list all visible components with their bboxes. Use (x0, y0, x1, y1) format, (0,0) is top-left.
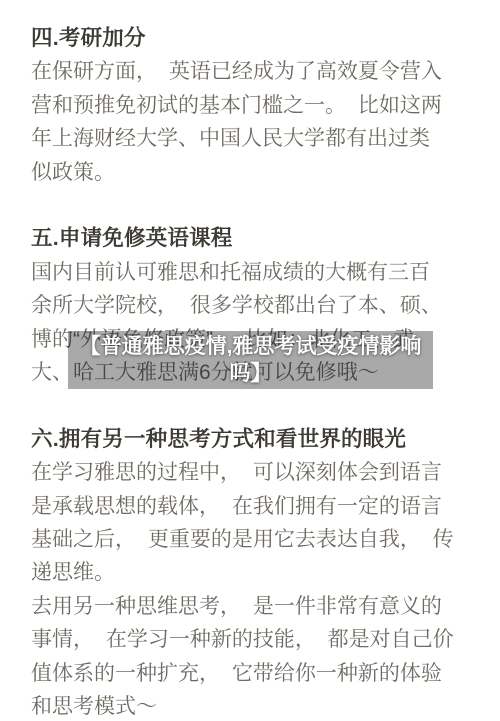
text-line: 在学习雅思的过程中， 可以深刻体会到语言 (31, 456, 471, 489)
paragraph: 去用另一种思维思考， 是一件非常有意义的 事情， 在学习一种新的技能， 都是对自… (31, 590, 471, 721)
article-page: 四.考研加分 在保研方面， 英语已经成为了高效夏令营入 营和预推免初试的基本门槛… (0, 0, 500, 721)
text-line: 是承载思想的载体， 在我们拥有一定的语言 (31, 490, 471, 523)
section-kaoyan-bonus: 四.考研加分 在保研方面， 英语已经成为了高效夏令营入 营和预推免初试的基本门槛… (31, 22, 471, 189)
text-line: 去用另一种思维思考， 是一件非常有意义的 (31, 590, 471, 623)
text-line: 递思维。 (31, 556, 471, 589)
text-line: 营和预推免初试的基本门槛之一。 比如这两 (31, 89, 471, 122)
text-line: 在保研方面， 英语已经成为了高效夏令营入 (31, 55, 471, 88)
text-line: 国内目前认可雅思和托福成绩的大概有三百 (31, 256, 471, 289)
section-heading: 四.考研加分 (31, 22, 471, 55)
text-line: 事情， 在学习一种新的技能， 都是对自己价 (31, 623, 471, 656)
paragraph: 在保研方面， 英语已经成为了高效夏令营入 营和预推免初试的基本门槛之一。 比如这… (31, 55, 471, 189)
watermark-overlay-text: 【普通雅思疫情,雅思考试受疫情影响吗】 (68, 331, 433, 389)
section-new-perspective: 六.拥有另一种思考方式和看世界的眼光 在学习雅思的过程中， 可以深刻体会到语言 … (31, 423, 471, 721)
text-line: 值体系的一种扩充， 它带给你一种新的体验 (31, 657, 471, 690)
text-line: 年上海财经大学、中国人民大学都有出过类 (31, 122, 471, 155)
text-line: 基础之后， 更重要的是用它去表达自我， 传 (31, 523, 471, 556)
text-line: 和思考模式～ (31, 690, 471, 721)
text-line: 余所大学院校， 很多学校都出台了本、硕、 (31, 289, 471, 322)
text-line: 似政策。 (31, 156, 471, 189)
section-heading: 六.拥有另一种思考方式和看世界的眼光 (31, 423, 471, 456)
section-heading: 五.申请免修英语课程 (31, 222, 471, 255)
paragraph: 在学习雅思的过程中， 可以深刻体会到语言 是承载思想的载体， 在我们拥有一定的语… (31, 456, 471, 590)
